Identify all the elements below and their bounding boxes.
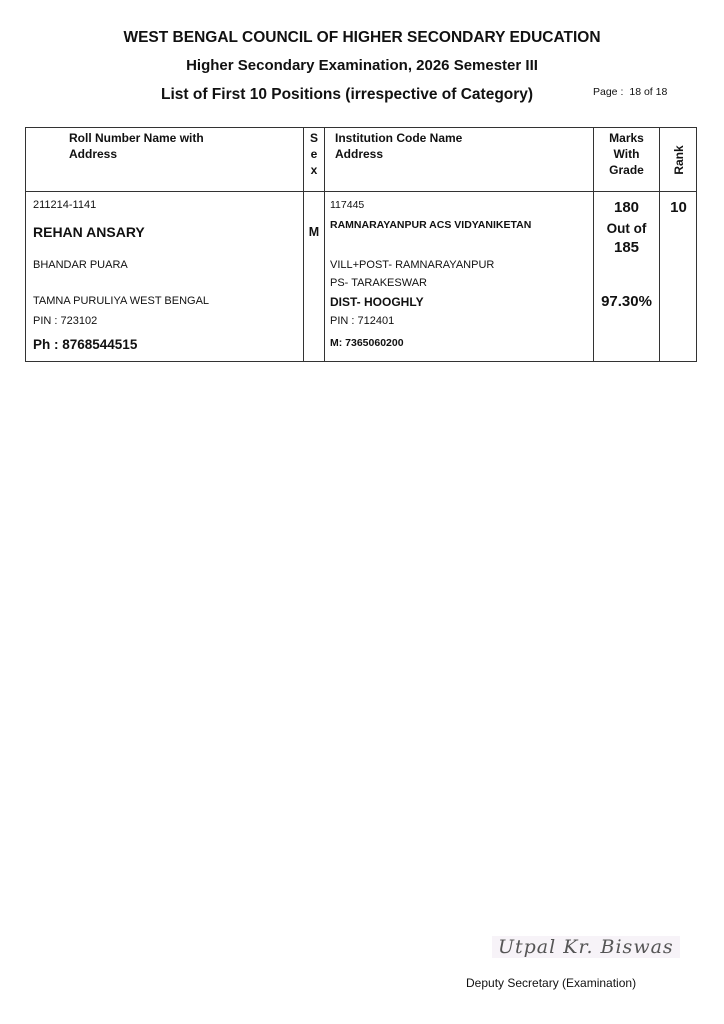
institution-mobile: M: 7365060200 [330, 337, 404, 349]
marks-obtained: 180 [594, 199, 659, 216]
header-text: S [305, 130, 323, 146]
exam-title: Higher Secondary Examination, 2026 Semes… [0, 57, 724, 74]
column-divider [324, 128, 325, 361]
header-roll-name: Roll Number Name with Address [69, 130, 204, 162]
header-institution: Institution Code Name Address [335, 130, 462, 162]
header-text: Address [69, 146, 204, 162]
institution-pin: PIN : 712401 [330, 315, 394, 327]
header-text: Rank [672, 145, 686, 174]
page-indicator: Page :18 of 18 [593, 86, 667, 98]
student-phone: Ph : 8768544515 [33, 337, 137, 352]
marks-percentage: 97.30% [594, 293, 659, 310]
institution-district: DIST- HOOGHLY [330, 295, 424, 309]
student-pin: PIN : 723102 [33, 315, 97, 327]
institution-name: RAMNARAYANPUR ACS VIDYANIKETAN [330, 219, 531, 231]
header-text: Roll Number Name with [69, 130, 204, 146]
header-text: e [305, 146, 323, 162]
council-title: WEST BENGAL COUNCIL OF HIGHER SECONDARY … [0, 29, 724, 47]
header-text: Grade [594, 162, 659, 178]
student-address-line2: TAMNA PURULIYA WEST BENGAL [33, 295, 209, 307]
institution-code: 117445 [330, 199, 364, 211]
student-name: REHAN ANSARY [33, 224, 145, 240]
signature: Utpal Kr. Biswas [492, 936, 680, 958]
signatory-designation: Deputy Secretary (Examination) [466, 976, 636, 990]
student-sex: M [305, 225, 323, 239]
header-divider [26, 191, 696, 192]
header-rank: Rank [660, 128, 697, 191]
header-marks: Marks With Grade [594, 130, 659, 178]
header-text: Address [335, 146, 462, 162]
results-table: Roll Number Name with Address S e x Inst… [25, 127, 697, 362]
page-label: Page : [593, 86, 623, 98]
header-text: Marks [594, 130, 659, 146]
student-address-line1: BHANDAR PUARA [33, 259, 128, 271]
list-title: List of First 10 Positions (irrespective… [161, 86, 533, 104]
header-text: With [594, 146, 659, 162]
page-value: 18 of 18 [629, 86, 667, 98]
header-text: x [305, 162, 323, 178]
out-of-label: Out of [594, 221, 659, 236]
column-divider [303, 128, 304, 361]
roll-number: 211214-1141 [33, 199, 96, 211]
header-text: Institution Code Name [335, 130, 462, 146]
marks-total: 185 [594, 239, 659, 256]
institution-address-line1: VILL+POST- RAMNARAYANPUR [330, 259, 494, 271]
header-sex: S e x [305, 130, 323, 178]
rank-value: 10 [660, 199, 697, 216]
institution-address-line2: PS- TARAKESWAR [330, 277, 427, 289]
